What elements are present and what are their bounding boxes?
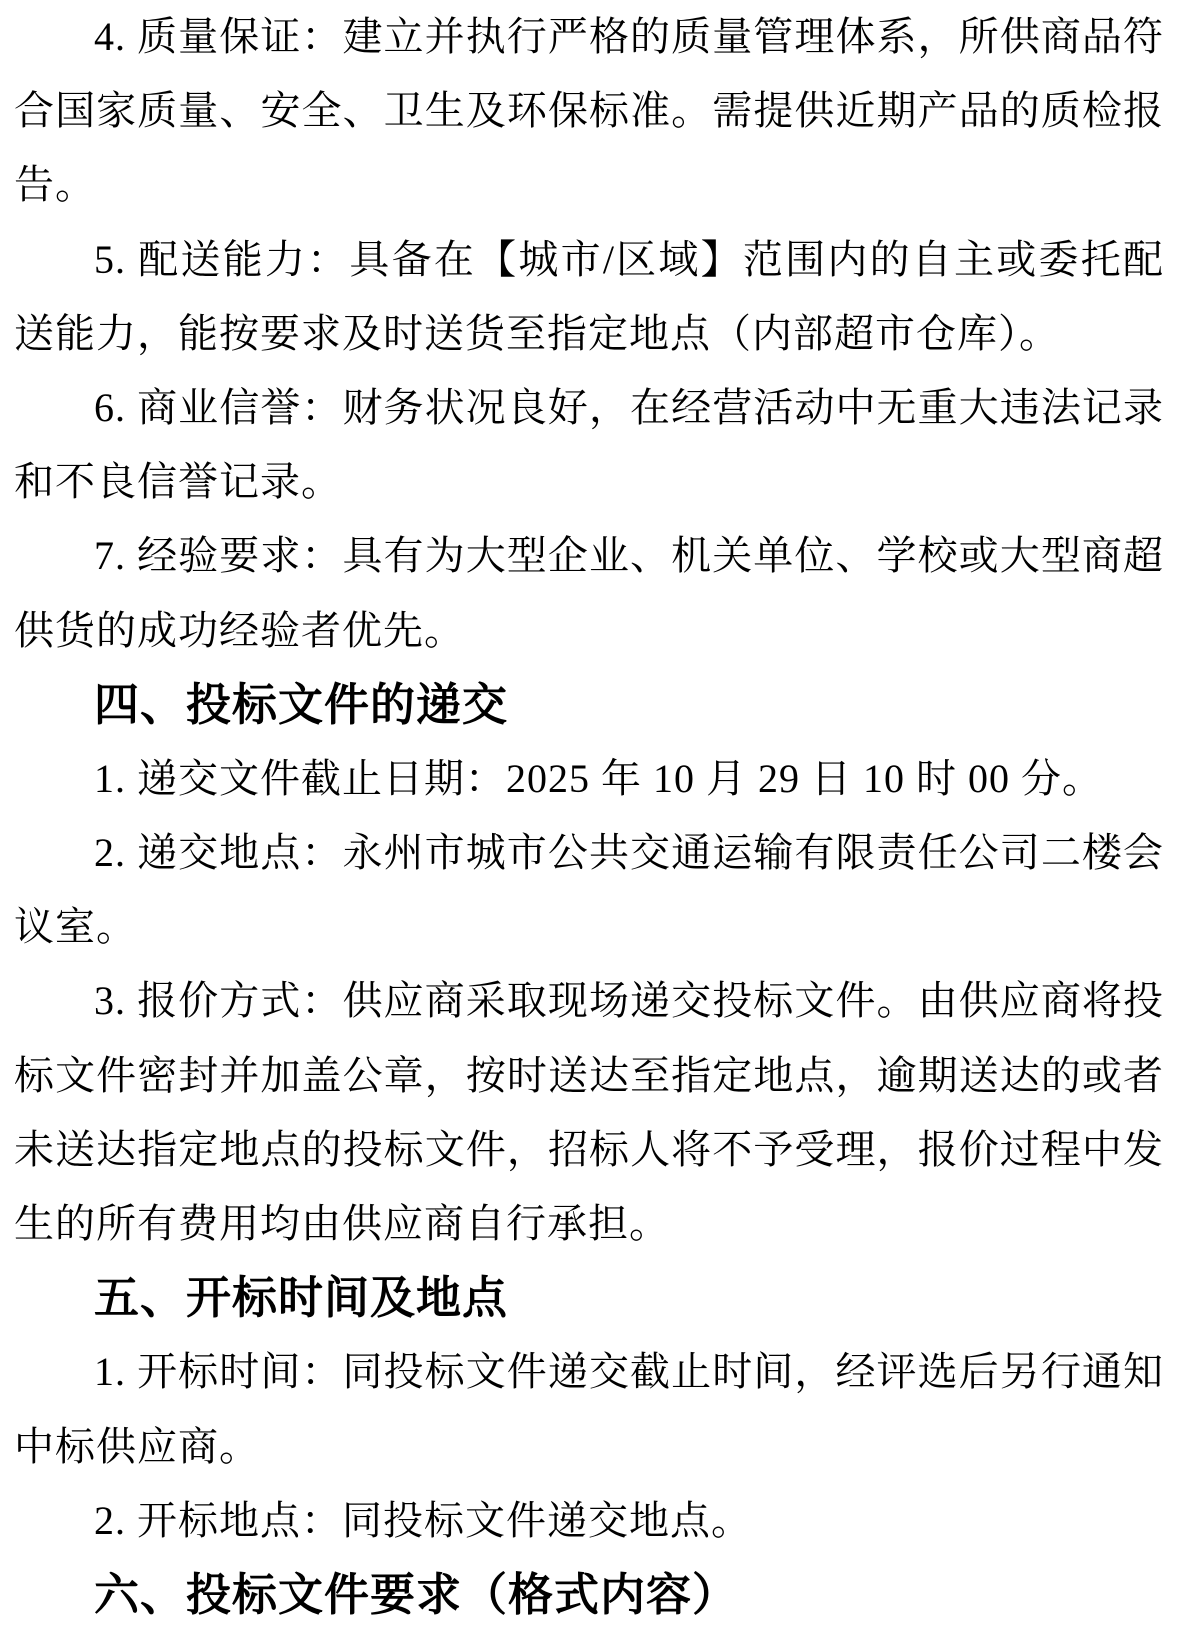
clause-quality-assurance: 4. 质量保证：建立并执行严格的质量管理体系，所供商品符合国家质量、安全、卫生及… xyxy=(14,0,1164,223)
clause-submission-location: 2. 递交地点：永州市城市公共交通运输有限责任公司二楼会议室。 xyxy=(14,816,1164,964)
section-heading-bid-submission: 四、投标文件的递交 xyxy=(14,668,1164,742)
clause-delivery-capability: 5. 配送能力：具备在【城市/区域】范围内的自主或委托配送能力，能按要求及时送货… xyxy=(14,223,1164,371)
document-page: 4. 质量保证：建立并执行严格的质量管理体系，所供商品符合国家质量、安全、卫生及… xyxy=(0,0,1202,1632)
clause-quotation-method: 3. 报价方式：供应商采取现场递交投标文件。由供应商将投标文件密封并加盖公章，按… xyxy=(14,964,1164,1261)
clause-opening-location: 2. 开标地点：同投标文件递交地点。 xyxy=(14,1484,1164,1558)
clause-submission-deadline: 1. 递交文件截止日期：2025 年 10 月 29 日 10 时 00 分。 xyxy=(14,742,1164,816)
clause-business-reputation: 6. 商业信誉：财务状况良好，在经营活动中无重大违法记录和不良信誉记录。 xyxy=(14,371,1164,519)
section-heading-bid-opening: 五、开标时间及地点 xyxy=(14,1261,1164,1335)
section-heading-bid-document-requirements: 六、投标文件要求（格式内容） xyxy=(14,1558,1164,1632)
clause-opening-time: 1. 开标时间：同投标文件递交截止时间，经评选后另行通知中标供应商。 xyxy=(14,1335,1164,1483)
clause-experience-requirement: 7. 经验要求：具有为大型企业、机关单位、学校或大型商超供货的成功经验者优先。 xyxy=(14,519,1164,667)
